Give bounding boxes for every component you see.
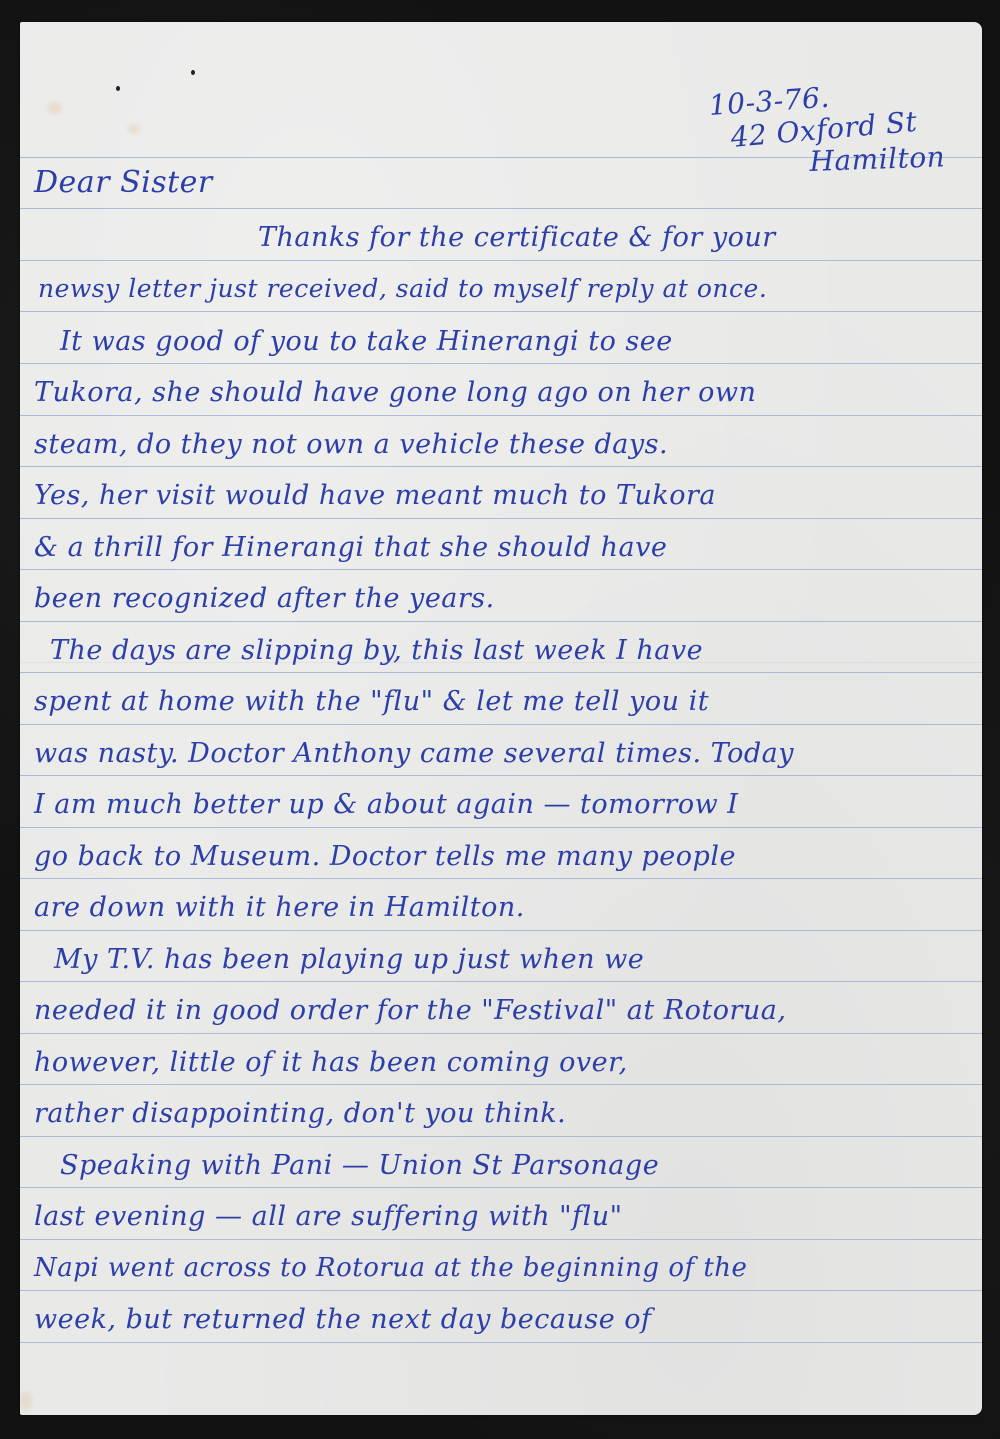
ruled-line bbox=[20, 621, 982, 622]
ruled-line bbox=[20, 1033, 982, 1034]
letter-line: needed it in good order for the "Festiva… bbox=[34, 997, 786, 1024]
ruled-line bbox=[20, 878, 982, 879]
ruled-line bbox=[20, 208, 982, 209]
ruled-line bbox=[20, 827, 982, 828]
letter-line: was nasty. Doctor Anthony came several t… bbox=[34, 740, 794, 767]
ruled-line bbox=[20, 1084, 982, 1085]
ruled-line bbox=[20, 1342, 982, 1343]
salutation: Dear Sister bbox=[34, 168, 213, 198]
letter-line: steam, do they not own a vehicle these d… bbox=[34, 431, 668, 458]
letter-line: however, little of it has been coming ov… bbox=[34, 1049, 628, 1076]
letter-line: Thanks for the certificate & for your bbox=[258, 224, 776, 251]
address-city: Hamilton bbox=[809, 143, 946, 176]
letter-line: I am much better up & about again — tomo… bbox=[34, 791, 738, 818]
letter-line: go back to Museum. Doctor tells me many … bbox=[34, 843, 736, 870]
ruled-line bbox=[20, 569, 982, 570]
letter-line: Napi went across to Rotorua at the begin… bbox=[34, 1255, 747, 1281]
letter-line: last evening — all are suffering with "f… bbox=[34, 1203, 623, 1230]
ruled-line bbox=[20, 1136, 982, 1137]
ruled-line bbox=[20, 775, 982, 776]
letter-line: My T.V. has been playing up just when we bbox=[54, 946, 644, 973]
paper-stain bbox=[48, 102, 62, 114]
paper-mark bbox=[116, 86, 120, 91]
ruled-line bbox=[20, 981, 982, 982]
ruled-line bbox=[20, 363, 982, 364]
ruled-line bbox=[20, 1187, 982, 1188]
letter-line: week, but returned the next day because … bbox=[34, 1306, 652, 1333]
ruled-line bbox=[20, 930, 982, 931]
ruled-line bbox=[20, 724, 982, 725]
letter-line: Speaking with Pani — Union St Parsonage bbox=[60, 1152, 659, 1179]
letter-line: The days are slipping by, this last week… bbox=[50, 637, 703, 664]
ruled-line bbox=[20, 518, 982, 519]
letter-line: It was good of you to take Hinerangi to … bbox=[60, 328, 673, 355]
letter-line: newsy letter just received, said to myse… bbox=[38, 276, 767, 301]
ruled-line bbox=[20, 1239, 982, 1240]
ruled-line bbox=[20, 466, 982, 467]
paper-mark bbox=[191, 70, 195, 75]
ruled-line bbox=[20, 260, 982, 261]
paper-stain bbox=[128, 124, 140, 134]
letter-page: 10-3-76. 42 Oxford St Hamilton Dear Sist… bbox=[20, 22, 982, 1415]
letter-line: spent at home with the "flu" & let me te… bbox=[34, 688, 709, 715]
letter-line: Yes, her visit would have meant much to … bbox=[34, 482, 716, 509]
ruled-line bbox=[20, 672, 982, 673]
letter-line: Tukora, she should have gone long ago on… bbox=[34, 379, 756, 406]
ruled-line bbox=[20, 311, 982, 312]
paper-stain bbox=[20, 1392, 32, 1410]
ruled-line bbox=[20, 415, 982, 416]
letter-line: are down with it here in Hamilton. bbox=[34, 894, 525, 921]
letter-line: rather disappointing, don't you think. bbox=[34, 1100, 566, 1127]
letter-line: & a thrill for Hinerangi that she should… bbox=[34, 534, 667, 561]
letter-line: been recognized after the years. bbox=[34, 585, 495, 612]
ruled-line bbox=[20, 1290, 982, 1291]
